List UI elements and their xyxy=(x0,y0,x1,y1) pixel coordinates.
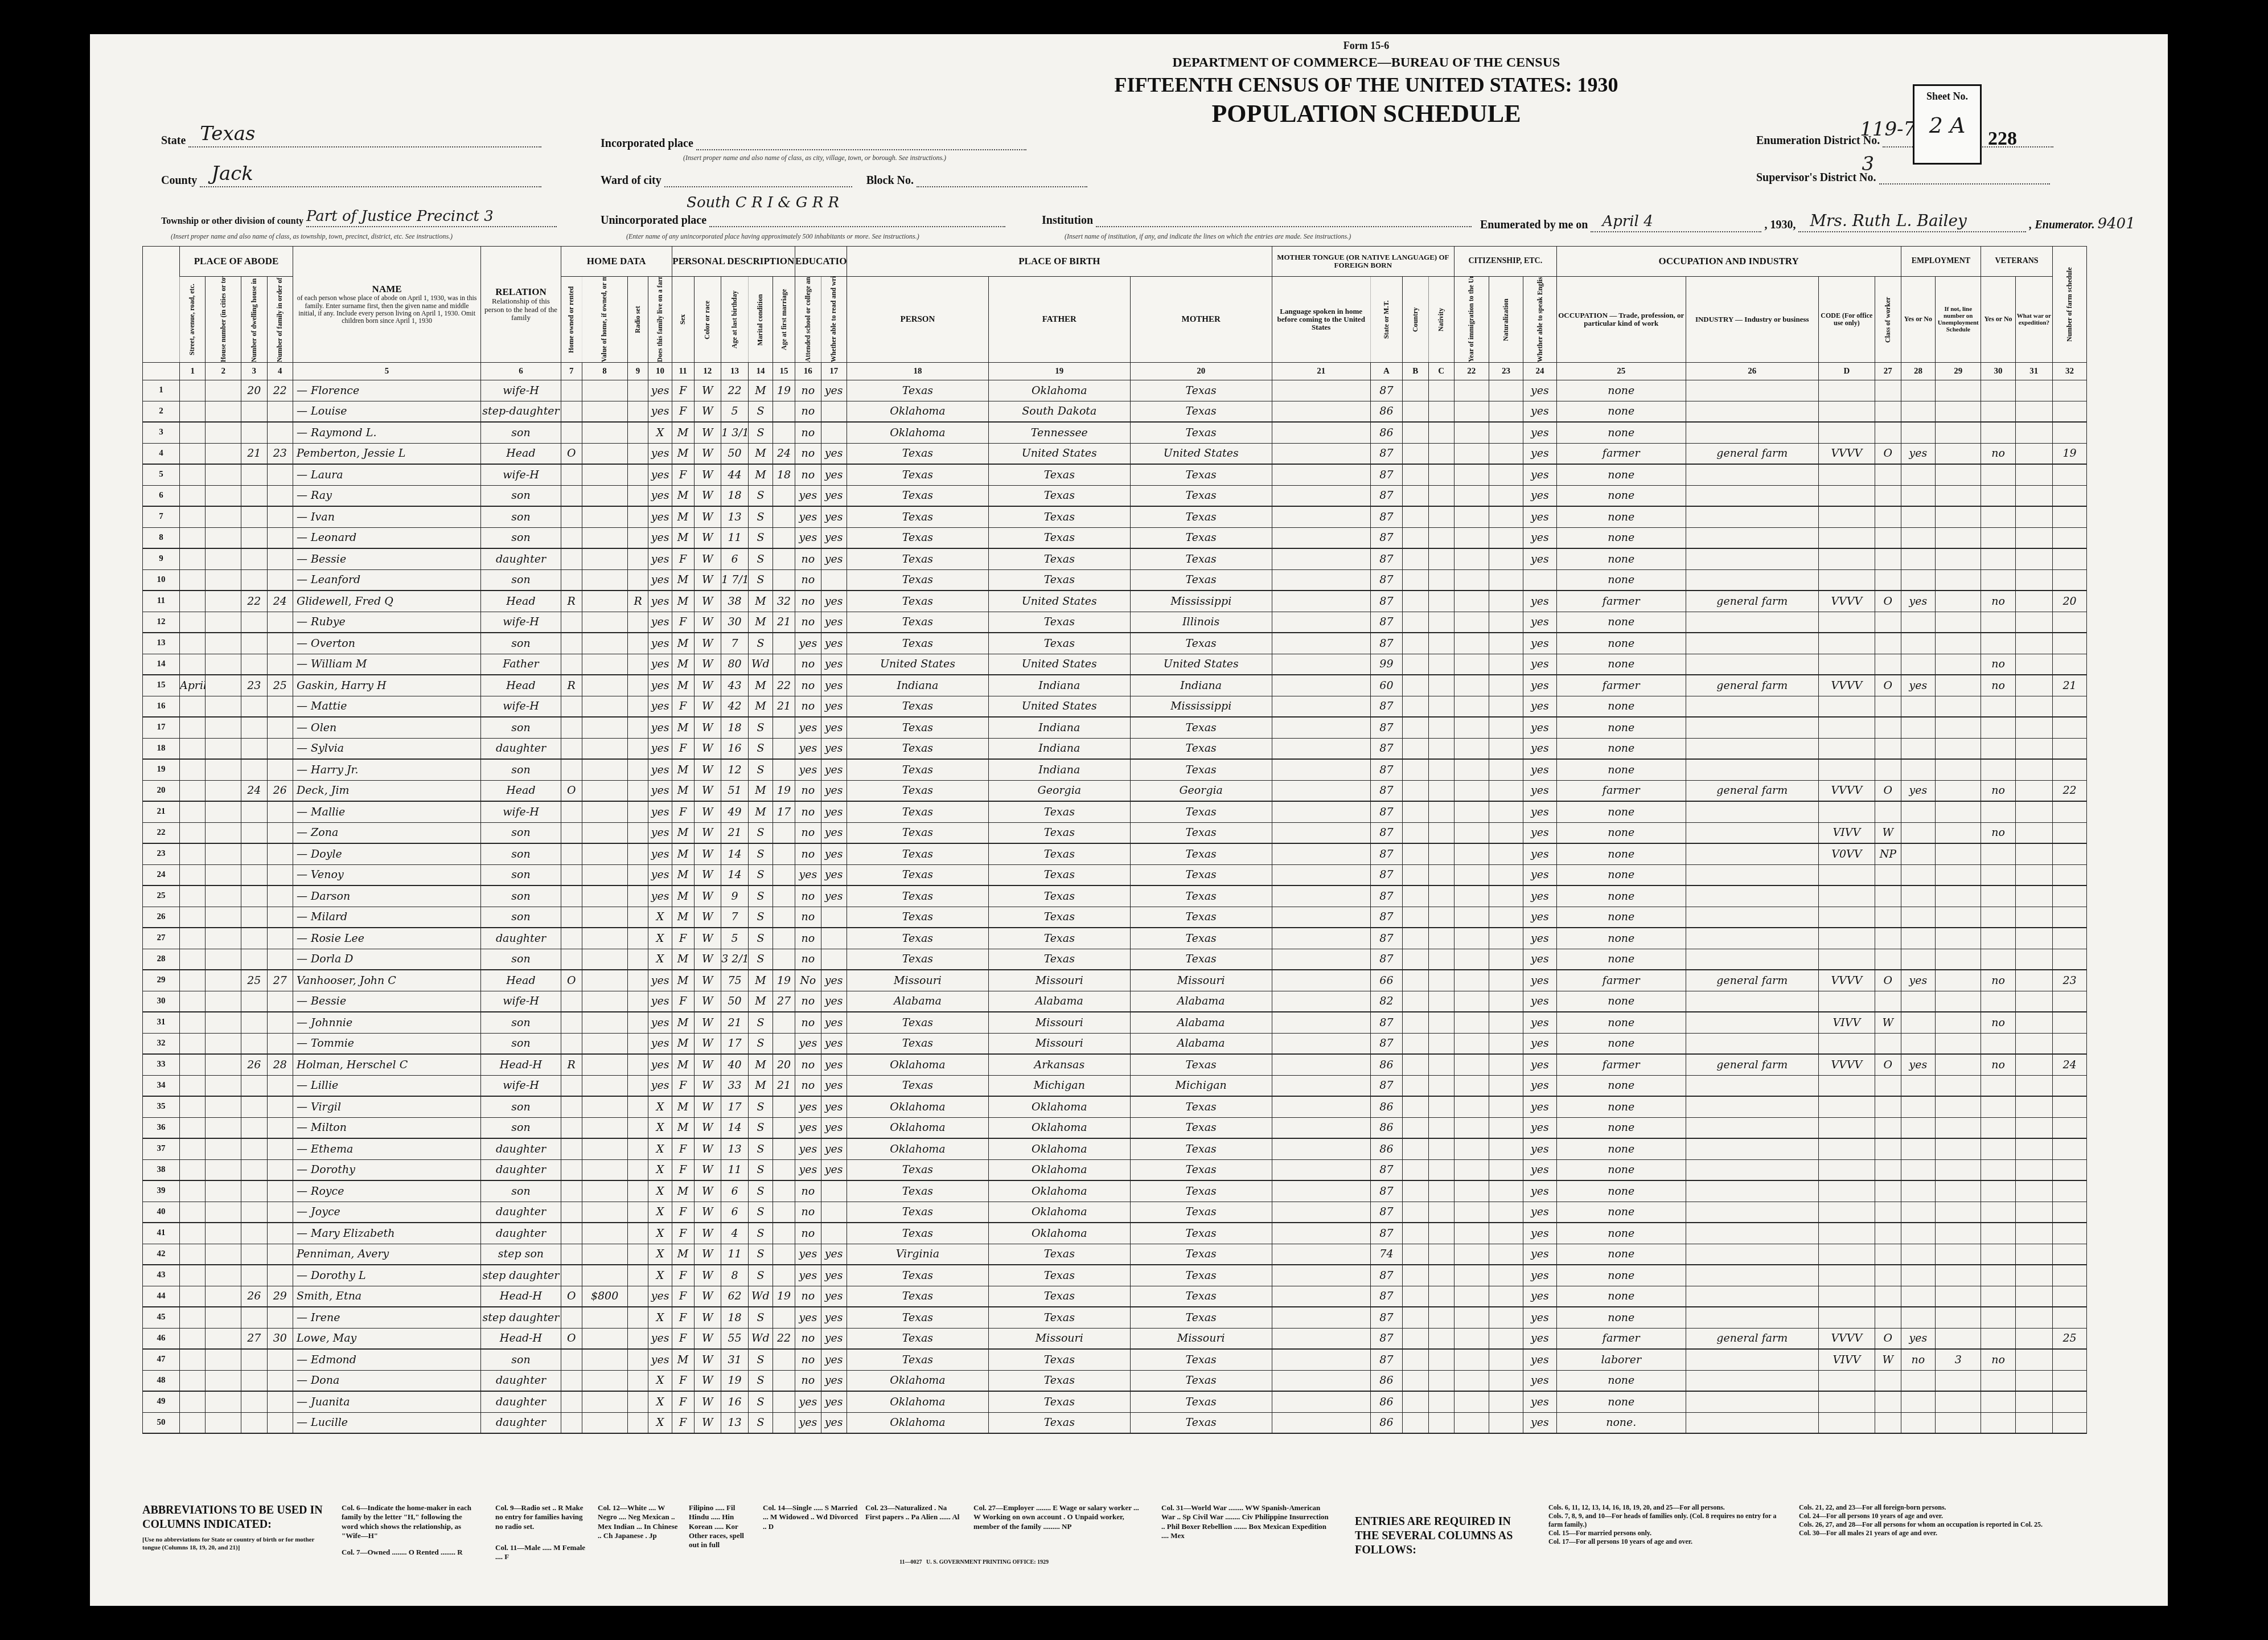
cell-relation: son xyxy=(481,485,561,506)
incorporated-note: (Insert proper name and also name of cla… xyxy=(683,154,946,162)
cell-name: Smith, Etna xyxy=(293,1286,481,1307)
cell-marital: S xyxy=(748,1244,773,1265)
cell-immig xyxy=(1454,1412,1489,1433)
cell-dwelling xyxy=(241,1202,267,1223)
cell-codeD xyxy=(1818,633,1875,654)
cell-natur xyxy=(1489,506,1523,527)
cell-codeC xyxy=(1428,1054,1454,1075)
cell-age: 16 xyxy=(721,738,749,759)
cell-vet xyxy=(1981,949,2016,970)
cell-english: yes xyxy=(1523,633,1556,654)
column-number: 1 xyxy=(179,363,205,380)
cell-bp-mother: Texas xyxy=(1130,928,1272,949)
cell-farm: X xyxy=(648,1412,672,1433)
cell-marital: S xyxy=(748,1180,773,1202)
cell-codeD xyxy=(1818,1412,1875,1433)
cell-age: 62 xyxy=(721,1286,749,1307)
line-number: 19 xyxy=(143,759,180,780)
cell-bp-mother: Texas xyxy=(1130,422,1272,443)
cell-tongue xyxy=(1272,569,1370,591)
line-number: 39 xyxy=(143,1180,180,1202)
cell-codeA: 87 xyxy=(1370,885,1402,907)
cell-bp-mother: Mississippi xyxy=(1130,696,1272,717)
cell-street xyxy=(179,1307,205,1328)
cell-codeD xyxy=(1818,928,1875,949)
cell-unemp xyxy=(1936,633,1981,654)
cell-codeD xyxy=(1818,1159,1875,1180)
cell-read: yes xyxy=(821,759,847,780)
cell-value xyxy=(582,591,627,612)
cell-street xyxy=(179,1349,205,1370)
cell-owned xyxy=(561,527,582,548)
cell-codeC xyxy=(1428,401,1454,422)
cell-occupation: farmer xyxy=(1556,1328,1686,1349)
line-number: 10 xyxy=(143,569,180,591)
column-number: 2 xyxy=(206,363,241,380)
cell-read xyxy=(821,1223,847,1244)
cell-name: Lowe, May xyxy=(293,1328,481,1349)
cell-unemp xyxy=(1936,527,1981,548)
cell-farmsched xyxy=(2052,1012,2087,1033)
cell-house xyxy=(206,1202,241,1223)
cell-race: W xyxy=(694,1307,721,1328)
cell-bp-mother: United States xyxy=(1130,654,1272,675)
line-number: 47 xyxy=(143,1349,180,1370)
cell-age-marr xyxy=(773,1349,795,1370)
cell-occupation: none xyxy=(1556,654,1686,675)
cell-work: yes xyxy=(1901,591,1936,612)
cell-codeD xyxy=(1818,1244,1875,1265)
cell-codeB xyxy=(1403,1223,1428,1244)
cell-occupation: none xyxy=(1556,464,1686,485)
incorporated-field: Incorporated place xyxy=(601,137,1026,150)
cell-work xyxy=(1901,569,1936,591)
line-number: 44 xyxy=(143,1286,180,1307)
cell-unemp xyxy=(1936,401,1981,422)
cell-farmsched xyxy=(2052,1159,2087,1180)
cell-read: yes xyxy=(821,696,847,717)
cell-immig xyxy=(1454,738,1489,759)
cell-marital: S xyxy=(748,1033,773,1054)
cell-name: — Juanita xyxy=(293,1391,481,1412)
cell-work xyxy=(1901,633,1936,654)
cell-farmsched xyxy=(2052,548,2087,569)
cell-family xyxy=(267,738,293,759)
line-number: 9 xyxy=(143,548,180,569)
cell-unemp xyxy=(1936,1012,1981,1033)
col19-header: FATHER xyxy=(988,277,1130,363)
cell-work xyxy=(1901,928,1936,949)
column-number: 19 xyxy=(988,363,1130,380)
cell-school: no xyxy=(795,591,821,612)
cell-owned xyxy=(561,1138,582,1159)
cell-race: W xyxy=(694,654,721,675)
cell-dwelling xyxy=(241,801,267,822)
cell-family: 30 xyxy=(267,1328,293,1349)
cell-family xyxy=(267,885,293,907)
cell-bp-mother: Texas xyxy=(1130,401,1272,422)
cell-bp-father: Texas xyxy=(988,1391,1130,1412)
cell-family: 24 xyxy=(267,591,293,612)
cell-marital: S xyxy=(748,633,773,654)
cell-codeC xyxy=(1428,717,1454,738)
cell-farm: X xyxy=(648,1138,672,1159)
cell-codeD xyxy=(1818,569,1875,591)
cell-age-marr xyxy=(773,654,795,675)
enum-district-value: 119-7 xyxy=(1860,118,1916,141)
cell-bp-mother: Texas xyxy=(1130,759,1272,780)
cell-english: yes xyxy=(1523,1391,1556,1412)
cell-work xyxy=(1901,907,1936,928)
cell-race: W xyxy=(694,591,721,612)
cell-marital: M xyxy=(748,612,773,633)
cell-bp-father: Texas xyxy=(988,907,1130,928)
cell-radio xyxy=(627,1223,648,1244)
table-row: 21— Malliewife-HyesFW49M17noyesTexasTexa… xyxy=(143,801,2112,822)
cell-relation: son xyxy=(481,907,561,928)
group-citizenship: CITIZENSHIP, ETC. xyxy=(1454,247,1556,277)
cell-immig xyxy=(1454,1244,1489,1265)
cell-farm: yes xyxy=(648,1286,672,1307)
cell-english xyxy=(1523,569,1556,591)
column-number: 9 xyxy=(627,363,648,380)
cell-vet xyxy=(1981,380,2016,401)
cell-owned xyxy=(561,612,582,633)
cell-immig xyxy=(1454,1265,1489,1286)
cell-read: yes xyxy=(821,717,847,738)
column-number: 27 xyxy=(1875,363,1901,380)
cell-work: yes xyxy=(1901,675,1936,696)
cell-farmsched xyxy=(2052,1349,2087,1370)
cell-age: 50 xyxy=(721,443,749,464)
cell-codeD xyxy=(1818,991,1875,1012)
cell-age: 1 7/12 xyxy=(721,569,749,591)
cell-codeA: 87 xyxy=(1370,506,1402,527)
cell-race: W xyxy=(694,1054,721,1075)
institution-label: Institution xyxy=(1042,214,1093,227)
cell-read: yes xyxy=(821,1328,847,1349)
cell-unemp xyxy=(1936,1412,1981,1433)
cell-school: yes xyxy=(795,1033,821,1054)
cell-sex: F xyxy=(672,991,694,1012)
cell-work xyxy=(1901,1391,1936,1412)
cell-codeC xyxy=(1428,1349,1454,1370)
cell-codeA: 86 xyxy=(1370,1054,1402,1075)
cell-codeA: 86 xyxy=(1370,422,1402,443)
cell-family: 25 xyxy=(267,675,293,696)
cell-read xyxy=(821,1202,847,1223)
cell-dwelling xyxy=(241,1391,267,1412)
cell-value xyxy=(582,569,627,591)
cell-value xyxy=(582,633,627,654)
cell-occupation: none xyxy=(1556,485,1686,506)
cell-war xyxy=(2015,1307,2052,1328)
cell-vet xyxy=(1981,885,2016,907)
cell-occupation: none xyxy=(1556,949,1686,970)
cell-owned xyxy=(561,1159,582,1180)
cell-immig xyxy=(1454,1159,1489,1180)
cell-bp-father: Texas xyxy=(988,464,1130,485)
cell-bp-father: Texas xyxy=(988,1307,1130,1328)
col3-header: Number of dwelling house in order of vis… xyxy=(241,277,267,363)
cell-unemp xyxy=(1936,506,1981,527)
cell-sex: M xyxy=(672,443,694,464)
cell-radio xyxy=(627,1033,648,1054)
cell-house xyxy=(206,801,241,822)
cell-industry xyxy=(1686,1307,1818,1328)
cell-street xyxy=(179,1096,205,1117)
cell-codeA: 87 xyxy=(1370,380,1402,401)
cell-sex: F xyxy=(672,1202,694,1223)
cell-codeC xyxy=(1428,1138,1454,1159)
cell-immig xyxy=(1454,1033,1489,1054)
cell-occupation: none xyxy=(1556,1117,1686,1138)
cell-tongue xyxy=(1272,907,1370,928)
cell-radio xyxy=(627,401,648,422)
cell-vet: no xyxy=(1981,780,2016,801)
cell-tongue xyxy=(1272,1075,1370,1096)
entries-7: Cols. 26, 27, and 28—For all persons for… xyxy=(1799,1520,2049,1529)
cell-owned xyxy=(561,1180,582,1202)
cell-value xyxy=(582,1370,627,1391)
cell-immig xyxy=(1454,1223,1489,1244)
form-number: Form 15-6 xyxy=(1110,40,1622,52)
cell-codeA: 87 xyxy=(1370,759,1402,780)
cell-house xyxy=(206,1138,241,1159)
cell-value xyxy=(582,443,627,464)
cell-age: 30 xyxy=(721,612,749,633)
cell-house xyxy=(206,506,241,527)
table-row: 2— Louisestep-daughteryesFW5SnoOklahomaS… xyxy=(143,401,2112,422)
cell-age-marr: 18 xyxy=(773,464,795,485)
table-row: 48— DonadaughterXFW19SnoyesOklahomaTexas… xyxy=(143,1370,2112,1391)
cell-house xyxy=(206,696,241,717)
table-row: 23— DoylesonyesMW14SnoyesTexasTexasTexas… xyxy=(143,843,2112,864)
cell-industry xyxy=(1686,759,1818,780)
line-number: 46 xyxy=(143,1328,180,1349)
cell-farmsched xyxy=(2052,527,2087,548)
cell-family xyxy=(267,822,293,843)
cell-vet xyxy=(1981,738,2016,759)
cell-codeC xyxy=(1428,1307,1454,1328)
cell-family xyxy=(267,633,293,654)
cell-age-marr xyxy=(773,1096,795,1117)
cell-occupation: none xyxy=(1556,717,1686,738)
cell-radio xyxy=(627,801,648,822)
cell-codeB xyxy=(1403,949,1428,970)
table-row: 19— Harry Jr.sonyesMW12SyesyesTexasIndia… xyxy=(143,759,2112,780)
cell-tongue xyxy=(1272,1096,1370,1117)
cell-school: yes xyxy=(795,1096,821,1117)
cell-radio: R xyxy=(627,591,648,612)
cell-age: 13 xyxy=(721,1138,749,1159)
cell-immig xyxy=(1454,591,1489,612)
cell-english: yes xyxy=(1523,1075,1556,1096)
cell-school: no xyxy=(795,612,821,633)
table-row: 15April 52325Gaskin, Harry HHeadRyesMW43… xyxy=(143,675,2112,696)
cell-codeA: 87 xyxy=(1370,633,1402,654)
cell-occupation: none xyxy=(1556,422,1686,443)
cell-industry: general farm xyxy=(1686,591,1818,612)
cell-farm: yes xyxy=(648,401,672,422)
table-row: 8— LeonardsonyesMW11SyesyesTexasTexasTex… xyxy=(143,527,2112,548)
cell-codeB xyxy=(1403,401,1428,422)
cell-vet: no xyxy=(1981,675,2016,696)
cell-bp-mother: Texas xyxy=(1130,633,1272,654)
column-number: C xyxy=(1428,363,1454,380)
cell-read: yes xyxy=(821,1096,847,1117)
entries-8: Col. 30—For all males 21 years of age an… xyxy=(1799,1529,2049,1537)
cell-relation: wife-H xyxy=(481,1075,561,1096)
cell-radio xyxy=(627,1012,648,1033)
cell-marital: S xyxy=(748,907,773,928)
col7-header: Home owned or rented xyxy=(561,277,582,363)
cell-occupation: none xyxy=(1556,1159,1686,1180)
cell-tongue xyxy=(1272,885,1370,907)
cell-codeD: VVVV xyxy=(1818,970,1875,991)
cell-occupation: none xyxy=(1556,1391,1686,1412)
cell-tongue xyxy=(1272,612,1370,633)
cell-natur xyxy=(1489,1370,1523,1391)
cell-natur xyxy=(1489,1075,1523,1096)
cell-house xyxy=(206,675,241,696)
cell-name: — Lucille xyxy=(293,1412,481,1433)
cell-value xyxy=(582,717,627,738)
cell-unemp xyxy=(1936,801,1981,822)
col4-header: Number of family in order of visitation xyxy=(267,277,293,363)
cell-family xyxy=(267,1412,293,1433)
cell-street xyxy=(179,864,205,885)
col25-header: OCCUPATION — Trade, profession, or parti… xyxy=(1556,277,1686,363)
cell-sex: F xyxy=(672,401,694,422)
cell-radio xyxy=(627,885,648,907)
cell-bp-person: Oklahoma xyxy=(847,401,988,422)
cell-house xyxy=(206,1286,241,1307)
cell-codeA: 87 xyxy=(1370,591,1402,612)
cell-immig xyxy=(1454,928,1489,949)
cell-codeD: VVVV xyxy=(1818,1054,1875,1075)
cell-codeA: 87 xyxy=(1370,1328,1402,1349)
cell-name: — Bessie xyxy=(293,991,481,1012)
cell-owned xyxy=(561,928,582,949)
cell-tongue xyxy=(1272,401,1370,422)
cell-sex: M xyxy=(672,949,694,970)
column-number: 8 xyxy=(582,363,627,380)
cell-house xyxy=(206,527,241,548)
cell-race: W xyxy=(694,548,721,569)
cell-bp-mother: Texas xyxy=(1130,1349,1272,1370)
cell-read: yes xyxy=(821,1244,847,1265)
margin-note: 9401 xyxy=(2098,215,2135,232)
cell-natur xyxy=(1489,1138,1523,1159)
cell-street xyxy=(179,527,205,548)
cell-codeB xyxy=(1403,1370,1428,1391)
cell-natur xyxy=(1489,822,1523,843)
county-field: County Jack xyxy=(161,174,541,187)
cell-occupation: none xyxy=(1556,1075,1686,1096)
cell-read: yes xyxy=(821,885,847,907)
cell-war xyxy=(2015,1180,2052,1202)
cell-english: yes xyxy=(1523,1349,1556,1370)
cell-unemp xyxy=(1936,380,1981,401)
col8-header: Value of home, if owned, or monthly rent… xyxy=(582,277,627,363)
cell-race: W xyxy=(694,1012,721,1033)
cell-dwelling xyxy=(241,907,267,928)
cell-cls xyxy=(1875,485,1901,506)
cell-relation: wife-H xyxy=(481,464,561,485)
cell-war xyxy=(2015,1349,2052,1370)
cell-house xyxy=(206,1180,241,1202)
col27-note: Col. 27—Employer ........ E Wage or sala… xyxy=(973,1503,1144,1531)
cell-natur xyxy=(1489,485,1523,506)
cell-farmsched: 24 xyxy=(2052,1054,2087,1075)
cell-house xyxy=(206,485,241,506)
cell-cls xyxy=(1875,1370,1901,1391)
cell-bp-person: Texas xyxy=(847,1202,988,1223)
line-number: 45 xyxy=(143,1307,180,1328)
group-home-data: HOME DATA xyxy=(561,247,672,277)
cell-owned: O xyxy=(561,970,582,991)
line-number: 49 xyxy=(143,1391,180,1412)
cell-value xyxy=(582,864,627,885)
cell-war xyxy=(2015,801,2052,822)
cell-house xyxy=(206,654,241,675)
line-number: 18 xyxy=(143,738,180,759)
cell-house xyxy=(206,548,241,569)
cell-occupation: none xyxy=(1556,1012,1686,1033)
cell-work xyxy=(1901,1012,1936,1033)
cell-race: W xyxy=(694,970,721,991)
cell-street xyxy=(179,612,205,633)
cell-bp-father: Texas xyxy=(988,485,1130,506)
cell-codeA: 82 xyxy=(1370,991,1402,1012)
colD-header: CODE (For office use only) xyxy=(1818,277,1875,363)
cell-bp-person: Texas xyxy=(847,633,988,654)
cell-age-marr: 19 xyxy=(773,970,795,991)
cell-codeD xyxy=(1818,1265,1875,1286)
cell-immig xyxy=(1454,401,1489,422)
line-number: 3 xyxy=(143,422,180,443)
cell-street xyxy=(179,1012,205,1033)
cell-marital: S xyxy=(748,1265,773,1286)
cell-english: yes xyxy=(1523,1244,1556,1265)
cell-bp-father: United States xyxy=(988,696,1130,717)
cell-cls xyxy=(1875,1033,1901,1054)
cell-street xyxy=(179,928,205,949)
cell-race: W xyxy=(694,1391,721,1412)
institution-note: (Insert name of institution, if any, and… xyxy=(1065,232,1351,241)
cell-farm: X xyxy=(648,1096,672,1117)
cell-name: — Darson xyxy=(293,885,481,907)
cell-tongue xyxy=(1272,1180,1370,1202)
cell-occupation: none xyxy=(1556,1244,1686,1265)
cell-codeB xyxy=(1403,780,1428,801)
entries-left: Cols. 6, 11, 12, 13, 14, 16, 18, 19, 20,… xyxy=(1548,1503,1788,1546)
cell-immig xyxy=(1454,1328,1489,1349)
cell-relation: Head xyxy=(481,591,561,612)
cell-english: yes xyxy=(1523,464,1556,485)
line-col-blank xyxy=(143,363,180,380)
cell-age: 13 xyxy=(721,1412,749,1433)
cell-owned xyxy=(561,422,582,443)
cell-codeD xyxy=(1818,1307,1875,1328)
column-number: 11 xyxy=(672,363,694,380)
cell-bp-person: Texas xyxy=(847,591,988,612)
cell-marital: S xyxy=(748,527,773,548)
cell-school: no xyxy=(795,1180,821,1202)
cell-codeB xyxy=(1403,380,1428,401)
entries-6: Col. 24—For all persons 10 years of age … xyxy=(1799,1512,2049,1520)
